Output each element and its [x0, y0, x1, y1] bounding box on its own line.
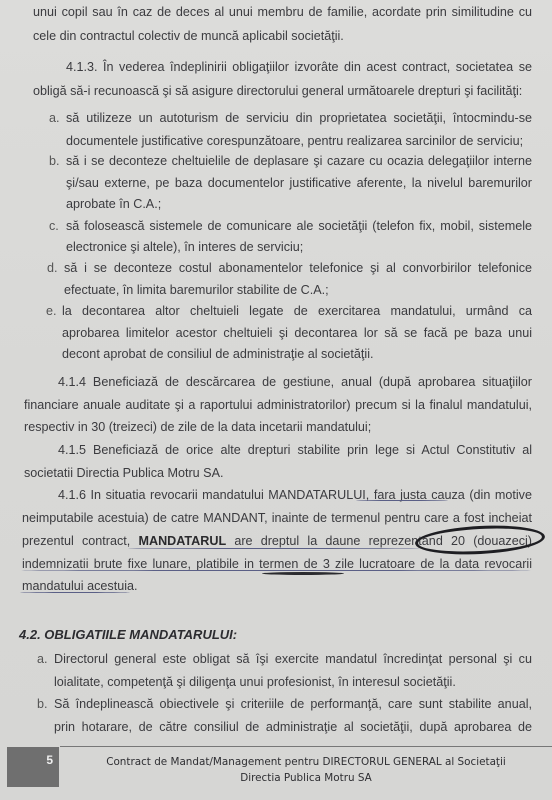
footer-subtitle: Directia Publica Motru SA: [60, 772, 552, 784]
list-marker: b.: [49, 153, 60, 169]
page-number-box: 5: [7, 747, 59, 787]
handwritten-underline: [356, 500, 448, 501]
section-4-1-5-line: 4.1.5 Beneficiază de orice alte drepturi…: [58, 442, 532, 458]
handwritten-circle: [414, 523, 545, 558]
section-4-2-heading: 4.2. OBLIGATIILE MANDATARULUI:: [19, 627, 237, 643]
section-4-1-3-line: obligă să-i recunoască şi să asigure dir…: [33, 83, 522, 99]
list-marker: b.: [37, 696, 48, 712]
section-4-1-5-line: societatii Directia Publica Motru SA.: [24, 465, 223, 481]
list-item-b: să i se deconteze cheltuielile de deplas…: [66, 153, 532, 169]
list-marker: a.: [49, 110, 60, 126]
list-item-b: şi/sau externe, pe baza documentelor jus…: [66, 175, 532, 191]
document-page: unui copil sau în caz de deces al unui m…: [0, 0, 552, 800]
section-4-1-6-line: neimputabile acestuia) de catre MANDANT,…: [22, 510, 532, 526]
footer-rule: [60, 746, 552, 747]
paragraph-line: unui copil sau în caz de deces al unui m…: [33, 4, 532, 20]
section-4-1-3-line: 4.1.3. În vederea îndeplinirii obligaţii…: [66, 59, 532, 75]
list-marker: a.: [37, 651, 48, 667]
obligation-item-b: Să îndeplinească obiectivele şi criterii…: [54, 696, 532, 712]
list-item-c: să folosească sistemele de comunicare al…: [66, 218, 532, 234]
section-4-1-4-line: 4.1.4 Beneficiază de descărcarea de gest…: [58, 374, 532, 390]
list-item-e: la decontarea altor cheltuieli legate de…: [62, 303, 532, 319]
list-marker: c.: [49, 218, 59, 234]
section-4-1-4-line: respectiv in 30 (treizeci) de zile de la…: [24, 419, 371, 435]
obligation-item-b: prin hotarare, de către consiliul de adm…: [54, 719, 532, 735]
handwritten-underline-thick: [262, 572, 344, 575]
list-item-a: să utilizeze un autoturism de serviciu d…: [66, 110, 532, 126]
section-4-1-4-line: financiare anuale auditate şi a raportul…: [24, 397, 532, 413]
mandatarul-bold: MANDATARUL: [138, 534, 226, 548]
list-item-a: documentele justificative corespunzătoar…: [66, 133, 523, 149]
section-4-1-6-line: 4.1.6 In situatia revocarii mandatului M…: [58, 487, 532, 503]
obligation-item-a: loialitate, competenţă şi diligenţa unui…: [54, 674, 456, 690]
paragraph-line: cele din contractul colectiv de muncă ap…: [33, 28, 344, 44]
obligation-item-a: Directorul general este obligat să îşi e…: [54, 651, 532, 667]
list-item-e: aprobarea limitelor acestor cheltuieli ş…: [62, 325, 532, 341]
list-item-d: efectuate, în limita baremurilor stabili…: [64, 282, 329, 298]
list-item-d: să i se deconteze costul abonamentelor t…: [64, 260, 532, 276]
footer-title: Contract de Mandat/Management pentru DIR…: [60, 756, 552, 768]
list-marker: d.: [47, 260, 58, 276]
list-marker: e.: [46, 303, 57, 319]
handwritten-underline: [20, 570, 532, 571]
handwritten-underline: [20, 592, 130, 593]
handwritten-underline: [128, 548, 420, 549]
list-item-b: aprobate în C.A.;: [66, 196, 161, 212]
list-item-c: electronice şi altele), în interes de se…: [66, 239, 303, 255]
list-item-e: decont aprobat de consiliul de administr…: [62, 346, 374, 362]
page-number: 5: [46, 753, 53, 767]
